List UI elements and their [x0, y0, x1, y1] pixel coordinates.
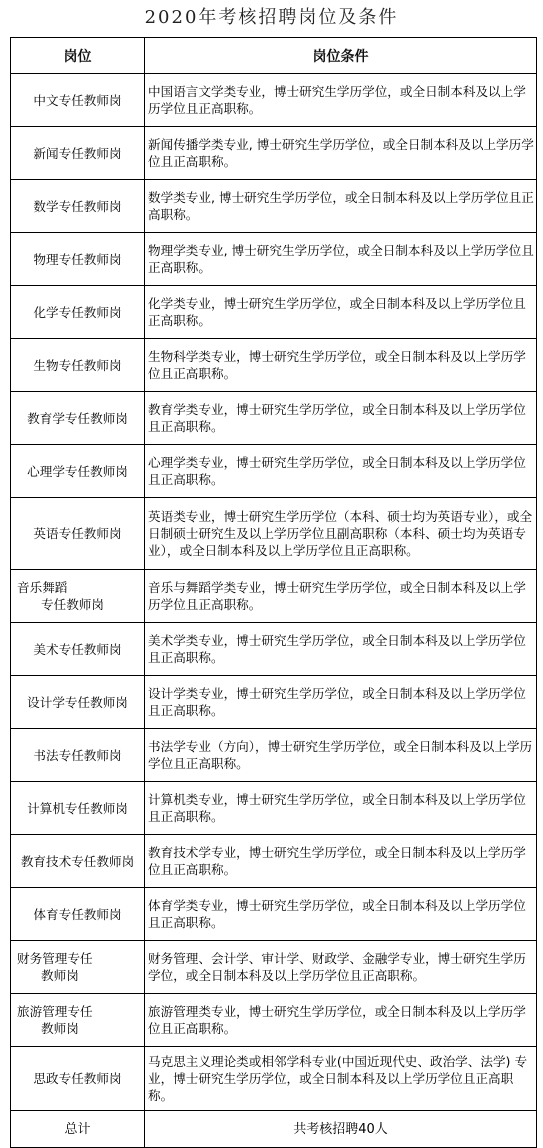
table-row: 中文专任教师岗中国语言文学类专业，博士研究生学历学位，或全日制本科及以上学历学位… — [11, 74, 537, 127]
table-row: 英语专任教师岗英语类专业，博士研究生学历学位（本科、硕士均为英语专业），或全日制… — [11, 498, 537, 570]
header-requirements: 岗位条件 — [145, 38, 537, 74]
position-cell: 化学专任教师岗 — [11, 286, 145, 339]
position-cell: 英语专任教师岗 — [11, 498, 145, 570]
header-position: 岗位 — [11, 38, 145, 74]
position-cell: 生物专任教师岗 — [11, 339, 145, 392]
table-row: 计算机专任教师岗计算机类专业，博士研究生学历学位，或全日制本科及以上学历学位且正… — [11, 782, 537, 835]
requirement-cell: 物理学类专业, 博士研究生学历学位，或全日制本科及以上学历学位且正高职称。 — [145, 233, 537, 286]
requirement-cell: 体育学类专业，博士研究生学历学位，或全日制本科及以上学历学位且正高职称。 — [145, 888, 537, 941]
table-row: 新闻专任教师岗新闻传播学类专业, 博士研究生学历学位，或全日制本科及以上学历学位… — [11, 127, 537, 180]
requirement-cell: 音乐与舞蹈学类专业，博士研究生学历学位，或全日制本科及以上学历学位且正高职称。 — [145, 570, 537, 623]
requirement-cell: 设计学类专业，博士研究生学历学位，或全日制本科及以上学历学位且正高职称。 — [145, 676, 537, 729]
requirement-cell: 计算机类专业，博士研究生学历学位，或全日制本科及以上学历学位且正高职称。 — [145, 782, 537, 835]
position-cell: 物理专任教师岗 — [11, 233, 145, 286]
position-cell: 体育专任教师岗 — [11, 888, 145, 941]
position-cell: 新闻专任教师岗 — [11, 127, 145, 180]
position-cell: 教育技术专任教师岗 — [11, 835, 145, 888]
position-line1: 音乐舞蹈 — [17, 579, 142, 596]
table-row: 数学专任教师岗数学类专业, 博士研究生学历学位，或全日制本科及以上学历学位且正高… — [11, 180, 537, 233]
table-row: 教育技术专任教师岗教育技术学专业，博士研究生学历学位，或全日制本科及以上学历学位… — [11, 835, 537, 888]
requirement-cell: 数学类专业, 博士研究生学历学位，或全日制本科及以上学历学位且正高职称。 — [145, 180, 537, 233]
requirement-cell: 英语类专业，博士研究生学历学位（本科、硕士均为英语专业），或全日制硕士研究生及以… — [145, 498, 537, 570]
requirement-cell: 马克思主义理论类或相邻学科专业(中国近现代史、政治学、法学) 专业，博士研究生学… — [145, 1047, 537, 1111]
position-cell: 教育学专任教师岗 — [11, 392, 145, 445]
requirement-cell: 教育技术学专业，博士研究生学历学位，或全日制本科及以上学历学位且正高职称。 — [145, 835, 537, 888]
requirement-cell: 心理学类专业，博士研究生学历学位，或全日制本科及以上学历学位且正高职称。 — [145, 445, 537, 498]
position-cell: 数学专任教师岗 — [11, 180, 145, 233]
position-cell: 计算机专任教师岗 — [11, 782, 145, 835]
requirement-cell: 财务管理、会计学、审计学、财政学、金融学专业，博士研究生学历学位，或全日制本科及… — [145, 941, 537, 994]
table-row: 思政专任教师岗马克思主义理论类或相邻学科专业(中国近现代史、政治学、法学) 专业… — [11, 1047, 537, 1111]
table-header-row: 岗位 岗位条件 — [11, 38, 537, 74]
position-cell: 书法专任教师岗 — [11, 729, 145, 782]
table-row: 物理专任教师岗物理学类专业, 博士研究生学历学位，或全日制本科及以上学历学位且正… — [11, 233, 537, 286]
table-row: 美术专任教师岗美术学类专业，博士研究生学历学位，或全日制本科及以上学历学位且正高… — [11, 623, 537, 676]
position-cell: 财务管理专任教师岗 — [11, 941, 145, 994]
position-cell: 思政专任教师岗 — [11, 1047, 145, 1111]
table-body: 中文专任教师岗中国语言文学类专业，博士研究生学历学位，或全日制本科及以上学历学位… — [11, 74, 537, 1111]
requirement-cell: 化学类专业，博士研究生学历学位，或全日制本科及以上学历学位且正高职称。 — [145, 286, 537, 339]
position-cell: 心理学专任教师岗 — [11, 445, 145, 498]
table-row: 旅游管理专任教师岗旅游管理类专业，博士研究生学历学位，或全日制本科及以上学历学位… — [11, 994, 537, 1047]
requirement-cell: 书法学专业（方向），博士研究生学历学位，或全日制本科及以上学历学位且正高职称。 — [145, 729, 537, 782]
position-line1: 财务管理专任 — [17, 950, 142, 967]
table-row: 财务管理专任教师岗财务管理、会计学、审计学、财政学、金融学专业，博士研究生学历学… — [11, 941, 537, 994]
total-value: 共考核招聘40人 — [145, 1111, 537, 1148]
table-row: 体育专任教师岗体育学类专业，博士研究生学历学位，或全日制本科及以上学历学位且正高… — [11, 888, 537, 941]
position-line2: 专任教师岗 — [17, 596, 142, 613]
requirement-cell: 教育学类专业，博士研究生学历学位，或全日制本科及以上学历学位且正高职称。 — [145, 392, 537, 445]
requirement-cell: 美术学类专业，博士研究生学历学位，或全日制本科及以上学历学位且正高职称。 — [145, 623, 537, 676]
table-row: 化学专任教师岗化学类专业，博士研究生学历学位，或全日制本科及以上学历学位且正高职… — [11, 286, 537, 339]
table-row: 设计学专任教师岗设计学类专业，博士研究生学历学位，或全日制本科及以上学历学位且正… — [11, 676, 537, 729]
position-cell: 中文专任教师岗 — [11, 74, 145, 127]
position-line2: 教师岗 — [17, 967, 142, 984]
table-row: 音乐舞蹈专任教师岗音乐与舞蹈学类专业，博士研究生学历学位，或全日制本科及以上学历… — [11, 570, 537, 623]
positions-table: 岗位 岗位条件 中文专任教师岗中国语言文学类专业，博士研究生学历学位，或全日制本… — [10, 37, 537, 1148]
table-row: 教育学专任教师岗教育学类专业，博士研究生学历学位，或全日制本科及以上学历学位且正… — [11, 392, 537, 445]
document-title: 2020年考核招聘岗位及条件 — [0, 6, 543, 30]
requirement-cell: 新闻传播学类专业, 博士研究生学历学位，或全日制本科及以上学历学位且正高职称。 — [145, 127, 537, 180]
total-row: 总计 共考核招聘40人 — [11, 1111, 537, 1148]
position-cell: 设计学专任教师岗 — [11, 676, 145, 729]
position-line2: 教师岗 — [17, 1020, 142, 1037]
position-cell: 旅游管理专任教师岗 — [11, 994, 145, 1047]
position-cell: 音乐舞蹈专任教师岗 — [11, 570, 145, 623]
total-label: 总计 — [11, 1111, 145, 1148]
position-cell: 美术专任教师岗 — [11, 623, 145, 676]
requirement-cell: 中国语言文学类专业，博士研究生学历学位，或全日制本科及以上学历学位且正高职称。 — [145, 74, 537, 127]
table-row: 心理学专任教师岗心理学类专业，博士研究生学历学位，或全日制本科及以上学历学位且正… — [11, 445, 537, 498]
position-line1: 旅游管理专任 — [17, 1003, 142, 1020]
requirement-cell: 生物科学类专业，博士研究生学历学位，或全日制本科及以上学历学位且正高职称。 — [145, 339, 537, 392]
table-row: 书法专任教师岗书法学专业（方向），博士研究生学历学位，或全日制本科及以上学历学位… — [11, 729, 537, 782]
requirement-cell: 旅游管理类专业，博士研究生学历学位，或全日制本科及以上学历学位且正高职称。 — [145, 994, 537, 1047]
table-row: 生物专任教师岗生物科学类专业，博士研究生学历学位，或全日制本科及以上学历学位且正… — [11, 339, 537, 392]
